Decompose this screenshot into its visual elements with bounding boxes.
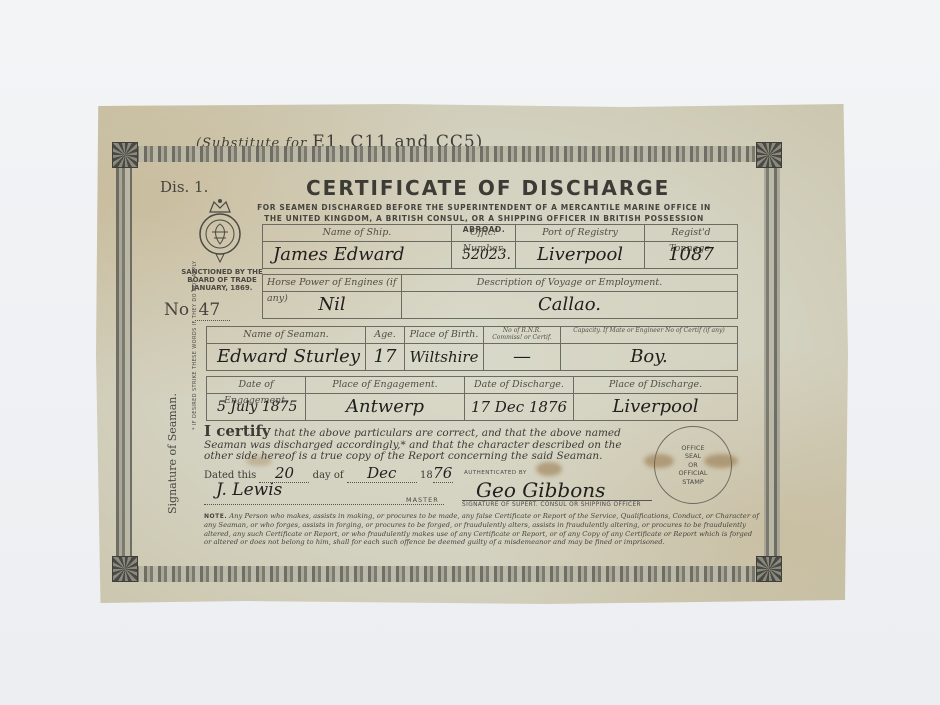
- number-label: No: [164, 300, 189, 320]
- form-code: Dis. 1.: [160, 178, 208, 196]
- capacity-label: Capacity. If Mate or Engineer No of Cert…: [565, 327, 733, 343]
- month-value: Dec: [347, 464, 417, 483]
- voyage-description-label: Description of Voyage or Employment.: [406, 275, 733, 291]
- subtitle-line-1: FOR SEAMEN DISCHARGED BEFORE THE SUPERIN…: [244, 202, 724, 213]
- date-of-engagement-label: Date of Engagement.: [211, 377, 301, 393]
- seal-line: SEAL: [685, 452, 701, 461]
- tonnage-value: 1087: [649, 242, 733, 268]
- royal-crest-icon: [194, 196, 246, 266]
- seal-line: OFFICIAL: [678, 469, 707, 478]
- official-number-value: 52023.: [456, 242, 511, 268]
- document-title: CERTIFICATE OF DISCHARGE: [306, 176, 670, 200]
- superintendent-signature-line: [462, 500, 652, 501]
- year-value: 76: [433, 464, 453, 483]
- capacity-value: Boy.: [565, 344, 733, 370]
- age-label: Age.: [370, 327, 400, 343]
- number-value: 47: [195, 300, 231, 321]
- rnr-value: —: [488, 344, 556, 370]
- superintendent-signature: Geo Gibbons: [476, 478, 605, 502]
- date-of-engagement-value: 5 July 1875: [211, 394, 301, 420]
- ship-table: Name of Ship. Offic! Number. Port of Reg…: [262, 224, 738, 269]
- master-label: MASTER: [406, 496, 439, 504]
- border-corner-ornament: [112, 142, 138, 168]
- ship-name-value: James Edward: [267, 242, 447, 268]
- place-of-birth-value: Wiltshire: [409, 344, 479, 370]
- year-prefix: 18: [420, 470, 433, 481]
- tonnage-label: Regist'd Tonnage.: [649, 225, 733, 241]
- superintendent-label: SIGNATURE OF SUPERT. CONSUL OR SHIPPING …: [462, 502, 641, 508]
- rust-stain: [246, 456, 272, 466]
- sanction-note: SANCTIONED BY THE BOARD OF TRADE JANUARY…: [172, 268, 272, 292]
- seal-line: STAMP: [682, 478, 704, 487]
- seaman-table: Name of Seaman. Age. Place of Birth. No …: [206, 326, 738, 371]
- certify-lead: I certify: [204, 422, 271, 440]
- place-of-discharge-label: Place of Discharge.: [578, 377, 733, 393]
- strike-note: * IF DESIRED STRIKE THESE WORDS IF THEY …: [192, 260, 198, 430]
- voyage-description-value: Callao.: [406, 292, 733, 318]
- master-signature: J. Lewis: [216, 480, 282, 500]
- border-corner-ornament: [756, 142, 782, 168]
- border-corner-ornament: [756, 556, 782, 582]
- place-of-engagement-label: Place of Engagement.: [310, 377, 460, 393]
- voyage-table: Horse Power of Engines (if any) Descript…: [262, 274, 738, 319]
- seal-line: OFFICE: [681, 444, 704, 453]
- seaman-name-label: Name of Seaman.: [211, 327, 361, 343]
- ship-name-label: Name of Ship.: [267, 225, 447, 241]
- date-of-discharge-label: Date of Discharge.: [469, 377, 569, 393]
- rust-stain: [704, 454, 738, 468]
- place-of-birth-label: Place of Birth.: [409, 327, 479, 343]
- authenticated-label: AUTHENTICATED BY: [464, 470, 527, 476]
- certificate-document: (Substitute for E1, C11 and CC5) Dis. 1.…: [96, 104, 848, 604]
- place-of-engagement-value: Antwerp: [310, 394, 460, 420]
- border-corner-ornament: [112, 556, 138, 582]
- seaman-name-value: Edward Sturley: [211, 344, 361, 370]
- rust-stain: [644, 454, 674, 468]
- note-text: Any Person who makes, assists in making,…: [204, 512, 759, 546]
- date-of-discharge-value: 17 Dec 1876: [469, 394, 569, 420]
- place-of-discharge-value: Liverpool: [578, 394, 733, 420]
- port-of-registry-label: Port of Registry: [520, 225, 640, 241]
- age-value: 17: [370, 344, 400, 370]
- rust-stain: [536, 462, 562, 476]
- legal-note: NOTE. Any Person who makes, assists in m…: [204, 512, 760, 547]
- seaman-signature-label: Signature of Seaman.: [166, 393, 179, 514]
- seal-line: OR: [688, 461, 698, 470]
- engagement-table: Date of Engagement. Place of Engagement.…: [206, 376, 738, 421]
- rnr-label: No of R.N.R. Commiss! or Certif.: [488, 327, 556, 343]
- day-label: day of: [313, 470, 344, 481]
- note-label: NOTE.: [204, 513, 227, 520]
- port-of-registry-value: Liverpool: [520, 242, 640, 268]
- official-number-label: Offic! Number.: [456, 225, 511, 241]
- horse-power-label: Horse Power of Engines (if any): [267, 275, 397, 291]
